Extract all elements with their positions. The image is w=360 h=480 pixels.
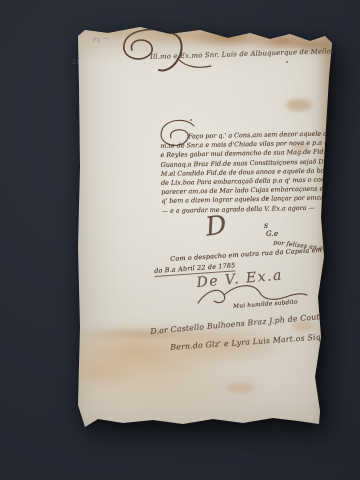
heading-line: Ill.mo e Ex.mo Snr. Luis de Albuquerque … [150, 46, 360, 61]
deus-guarde-initial: D [204, 212, 228, 241]
body-paragraph: Faço por q.' a Cons.am sem dezor aquele … [160, 129, 342, 216]
right-edge-wear [316, 27, 332, 428]
top-edge-stain [78, 27, 332, 65]
stain-spot [286, 99, 312, 111]
humble-line: Mui humilde subdito [233, 299, 298, 309]
manuscript-paper-wrapper: 24-1940 Pg — Ill.mo e Ex.mo Snr. Luis de… [78, 27, 332, 428]
pencil-note: Pg — [92, 35, 109, 44]
ink-speck [190, 119, 192, 121]
guarde-abbrev: G.e [266, 230, 278, 238]
signature-line: Bern.do Glz' e Lyra Luis Mart.os Siqueir… [170, 331, 343, 352]
manuscript-paper: Pg — Ill.mo e Ex.mo Snr. Luis de Albuque… [78, 27, 332, 428]
stain-spot [226, 383, 254, 393]
deus-guarde-superscript: s [264, 221, 268, 230]
photo-background: 24-1940 Pg — Ill.mo e Ex.mo Snr. Luis de… [0, 0, 360, 480]
place-line: Com o despacho em outra rua da Capela em… [170, 244, 344, 263]
ink-speck [286, 61, 288, 63]
